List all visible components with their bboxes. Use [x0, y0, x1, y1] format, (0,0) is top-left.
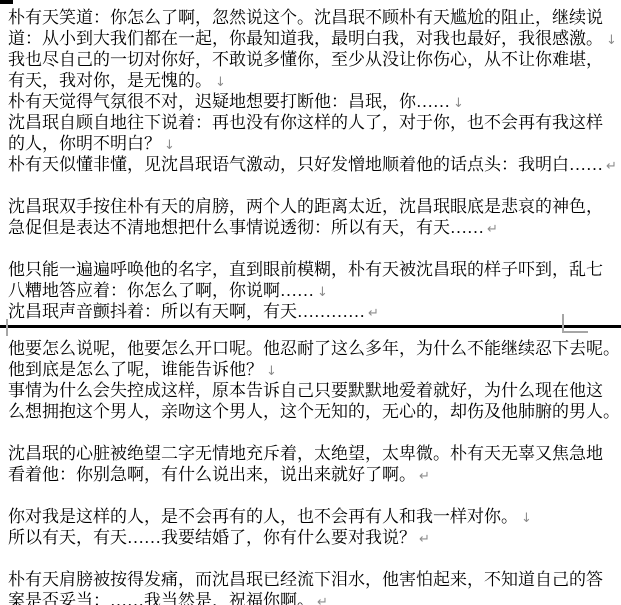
page-2: 他要怎么说呢，他要怎么开口呢。他忍耐了这么多年，为什么不能继续忍下去呢。他到底是… [8, 338, 621, 605]
text-line-content: 朴有天觉得气氛很不对，迟疑地想要打断他：昌珉，你…… [8, 92, 450, 111]
text-line: 所以有天，有天……我要结婚了，你有什么要对我说？↵ [8, 527, 621, 548]
text-line: 事情为什么会失控成这样，原本告诉自己只要默默地爱着就好，为什么现在他这 [8, 380, 621, 401]
page-break-divider [0, 322, 621, 338]
text-line-content: 他只能一遍遍呼唤他的名字，直到眼前模糊，朴有天被沈昌珉的样子吓到，乱七 [8, 260, 603, 279]
text-line-content: 他到底是怎么了呢，谁能告诉他？ [8, 360, 263, 379]
page-break-rule [0, 325, 621, 328]
text-line: 他到底是怎么了呢，谁能告诉他？↓ [8, 359, 621, 380]
document-canvas[interactable]: 朴有天笑道：你怎么了啊，忽然说这个。沈昌珉不顾朴有天尴尬的阻止，继续说道：从小到… [0, 0, 621, 605]
text-line-content: 我也尽自己的一切对你好，不敢说多懂你，至少从没让你伤心，从不让你难堪， [8, 50, 603, 69]
line-break-mark-icon: ↓ [317, 285, 328, 300]
text-line-content: 八糟地答应着：你怎么了啊，你说啊…… [8, 281, 314, 300]
text-line-content: 沈昌珉的心脏被绝望二字无情地充斥着，太绝望，太卑微。朴有天无辜又焦急地 [8, 444, 603, 463]
text-line-content: 所以有天，有天……我要结婚了，你有什么要对我说？ [8, 528, 416, 547]
text-line: 他只能一遍遍呼唤他的名字，直到眼前模糊，朴有天被沈昌珉的样子吓到，乱七 [8, 259, 621, 280]
blank-line [8, 175, 621, 196]
page-1: 朴有天笑道：你怎么了啊，忽然说这个。沈昌珉不顾朴有天尴尬的阻止，继续说道：从小到… [8, 7, 621, 322]
text-line: 朴有天似懂非懂，见沈昌珉语气激动，只好发憎地顺着他的话点头：我明白……↵ [8, 154, 621, 175]
paragraph-mark-icon: ↵ [606, 159, 617, 174]
paragraph-mark-icon: ↵ [487, 222, 498, 237]
text-line: 看着他：你别急啊，有什么说出来，说出来就好了啊。↵ [8, 464, 621, 485]
text-line-content: 他要怎么说呢，他要怎么开口呢。他忍耐了这么多年，为什么不能继续忍下去呢。 [8, 339, 620, 358]
text-line: 道：从小到大我们都在一起，你最知道我，最明白我，对我也最好，我很感激。↓ [8, 28, 621, 49]
text-boundary-corner-top-left-icon [0, 0, 13, 4]
text-boundary-corner-right-icon [562, 331, 588, 333]
text-line-content: 么想拥抱这个男人，亲吻这个男人，这个无知的，无心的，却伤及他肺腑的男人。 [8, 402, 620, 421]
line-break-mark-icon: ↓ [453, 96, 464, 111]
text-line: 他要怎么说呢，他要怎么开口呢。他忍耐了这么多年，为什么不能继续忍下去呢。 [8, 338, 621, 359]
text-line: 沈昌珉自顾自地往下说着：再也没有你这样的人了，对于你，也不会再有我这样 [8, 112, 621, 133]
text-line: 么想拥抱这个男人，亲吻这个男人，这个无知的，无心的，却伤及他肺腑的男人。↵ [8, 401, 621, 422]
text-line-content: 急促但是表达不清地想把什么事情说透彻：所以有天，有天…… [8, 218, 484, 237]
blank-line [8, 548, 621, 569]
line-break-mark-icon: ↓ [521, 511, 532, 526]
text-line-content: 有天，我对你，是无愧的。 [8, 71, 212, 90]
text-line-content: 沈昌珉自顾自地往下说着：再也没有你这样的人了，对于你，也不会再有我这样 [8, 113, 603, 132]
text-line: 的人，你明不明白？↓ [8, 133, 621, 154]
line-break-mark-icon: ↓ [266, 364, 277, 379]
text-line-content: 案是否妥当：……我当然是，祝福你啊。 [8, 591, 314, 605]
text-line-content: 朴有天似懂非懂，见沈昌珉语气激动，只好发憎地顺着他的话点头：我明白…… [8, 155, 603, 174]
text-line: 沈昌珉声音颤抖着：所以有天啊，有天…………↵ [8, 301, 621, 322]
blank-line [8, 238, 621, 259]
text-line-content: 的人，你明不明白？ [8, 134, 161, 153]
text-line: 有天，我对你，是无愧的。↓ [8, 70, 621, 91]
text-line: 你对我是这样的人，是不会再有的人，也不会再有人和我一样对你。↓ [8, 506, 621, 527]
line-break-mark-icon: ↓ [606, 33, 617, 48]
paragraph-mark-icon: ↵ [317, 595, 328, 605]
text-line: 我也尽自己的一切对你好，不敢说多懂你，至少从没让你伤心，从不让你难堪， [8, 49, 621, 70]
text-area[interactable]: 朴有天笑道：你怎么了啊，忽然说这个。沈昌珉不顾朴有天尴尬的阻止，继续说道：从小到… [8, 7, 621, 605]
text-line-content: 事情为什么会失控成这样，原本告诉自己只要默默地爱着就好，为什么现在他这 [8, 381, 603, 400]
text-line-content: 朴有天笑道：你怎么了啊，忽然说这个。沈昌珉不顾朴有天尴尬的阻止，继续说 [8, 8, 603, 27]
text-line-content: 道：从小到大我们都在一起，你最知道我，最明白我，对我也最好，我很感激。 [8, 29, 603, 48]
text-line-content: 沈昌珉声音颤抖着：所以有天啊，有天………… [8, 302, 365, 321]
line-break-mark-icon: ↓ [215, 75, 226, 90]
blank-line [8, 422, 621, 443]
paragraph-mark-icon: ↵ [419, 469, 430, 484]
text-line-content: 沈昌珉双手按住朴有天的肩膀，两个人的距离太近，沈昌珉眼底是悲哀的神色， [8, 197, 603, 216]
line-break-mark-icon: ↓ [164, 138, 175, 153]
text-line-content: 看着他：你别急啊，有什么说出来，说出来就好了啊。 [8, 465, 416, 484]
text-line-content: 朴有天肩膀被按得发痛，而沈昌珉已经流下泪水，他害怕起来，不知道自己的答 [8, 570, 603, 589]
text-line: 朴有天笑道：你怎么了啊，忽然说这个。沈昌珉不顾朴有天尴尬的阻止，继续说 [8, 7, 621, 28]
paragraph-mark-icon: ↵ [419, 532, 430, 547]
text-line: 八糟地答应着：你怎么了啊，你说啊……↓ [8, 280, 621, 301]
paragraph-mark-icon: ↵ [368, 306, 379, 321]
text-line: 沈昌珉双手按住朴有天的肩膀，两个人的距离太近，沈昌珉眼底是悲哀的神色， [8, 196, 621, 217]
text-line: 朴有天肩膀被按得发痛，而沈昌珉已经流下泪水，他害怕起来，不知道自己的答 [8, 569, 621, 590]
text-line-content: 你对我是这样的人，是不会再有的人，也不会再有人和我一样对你。 [8, 507, 518, 526]
text-line: 朴有天觉得气氛很不对，迟疑地想要打断他：昌珉，你……↓ [8, 91, 621, 112]
text-line: 急促但是表达不清地想把什么事情说透彻：所以有天，有天……↵ [8, 217, 621, 238]
text-line: 案是否妥当：……我当然是，祝福你啊。↵ [8, 590, 621, 605]
text-line: 沈昌珉的心脏被绝望二字无情地充斥着，太绝望，太卑微。朴有天无辜又焦急地 [8, 443, 621, 464]
blank-line [8, 485, 621, 506]
text-boundary-mark-left-icon [6, 319, 8, 336]
